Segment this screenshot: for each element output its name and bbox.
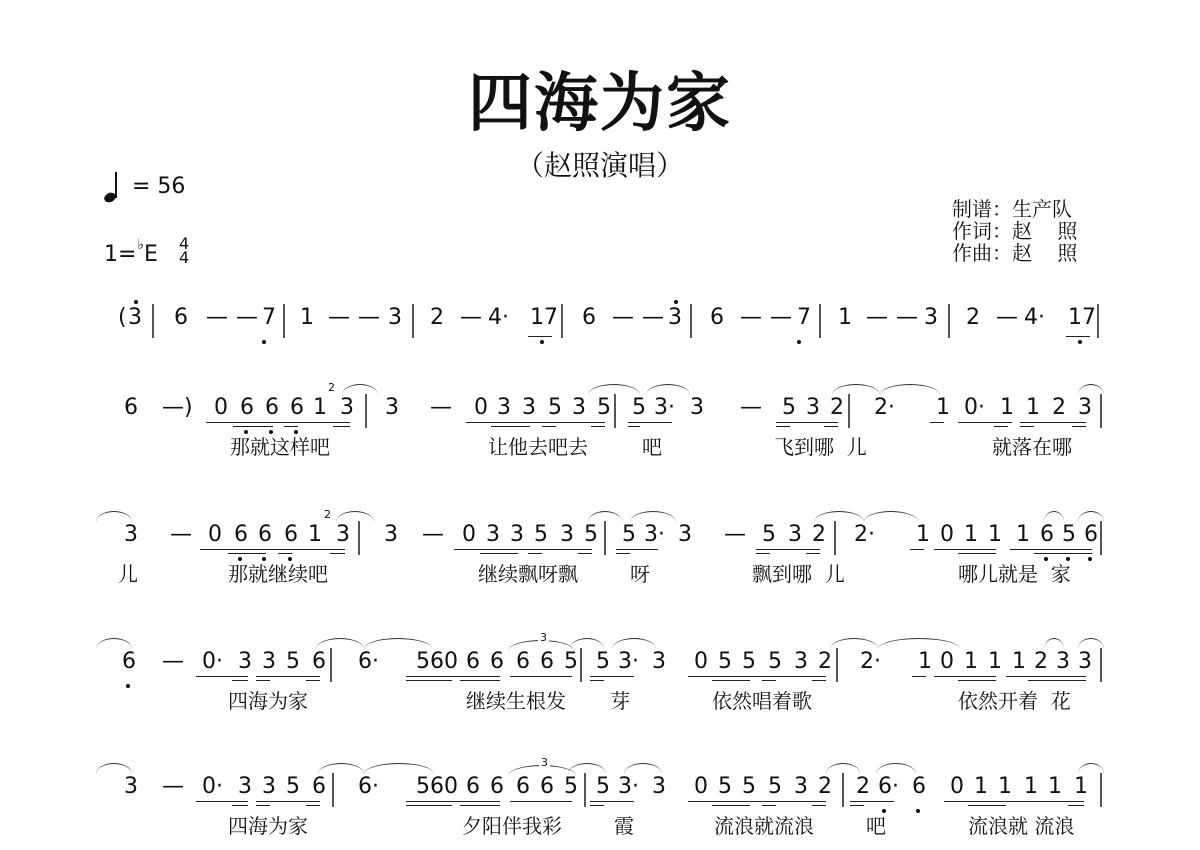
bar-line [365, 394, 367, 428]
note-token: 3 [262, 773, 276, 801]
note-token: 1 [988, 648, 1002, 676]
beam-underline [616, 553, 630, 554]
note-token: 6 [912, 773, 926, 801]
beam-underline [776, 426, 790, 427]
slur-arc [646, 384, 690, 395]
lyric-text: 继续飘呀飘 [478, 561, 578, 587]
slur-arc [570, 638, 604, 649]
lyric-text: 就落在哪 [992, 434, 1072, 460]
beam-underline [912, 676, 926, 677]
bar-line [412, 304, 414, 338]
beam-underline [196, 676, 248, 677]
note-token: 6 [240, 394, 254, 422]
note-token: 2· [854, 521, 875, 549]
beam-underline [1066, 336, 1090, 337]
beam-underline [528, 553, 542, 554]
slur-arc [830, 638, 878, 649]
beam-underline [930, 422, 944, 423]
beam-underline [590, 680, 604, 681]
slur-arc [96, 511, 132, 522]
note-token: 0 [940, 648, 954, 676]
note-token: 2 [1034, 648, 1048, 676]
note-token: 5 [597, 394, 611, 422]
credit-lyricist: 作词：赵 照 [952, 220, 1077, 242]
beam-underline [712, 680, 750, 681]
beam-underline [1028, 680, 1086, 681]
note-token: 6 [1084, 521, 1098, 549]
note-token: 3 [385, 394, 399, 422]
slur-arc [1078, 384, 1104, 395]
beam-underline [578, 553, 592, 554]
bar-line [580, 648, 582, 682]
note-token: 6 [174, 304, 188, 332]
note-token: 2 [856, 773, 870, 801]
slur-arc [96, 638, 132, 649]
slur-arc [1078, 638, 1104, 649]
beam-underline [944, 801, 1084, 802]
quarter-note-icon [104, 172, 118, 202]
beam-underline [510, 676, 572, 677]
beam-underline [812, 680, 826, 681]
note-token: 0 [694, 648, 708, 676]
bar-line [604, 521, 606, 555]
slur-arc [612, 638, 656, 649]
note-token: 3 [522, 394, 536, 422]
beam-underline [306, 805, 320, 806]
note-token: 560 [416, 648, 458, 676]
slur-arc [1044, 638, 1064, 649]
tempo-value: = 56 [132, 174, 185, 199]
note-token: 1 [313, 394, 327, 422]
note-token: — [896, 304, 918, 332]
beam-underline [200, 549, 345, 550]
lyric-text: 芽 [610, 688, 630, 714]
note-token: — [996, 304, 1018, 332]
note-token: 3 [572, 394, 586, 422]
beam-underline [278, 553, 292, 554]
lyric-text: 飞到哪 儿 [774, 434, 867, 460]
slur-arc [588, 384, 640, 395]
note-token: 6· [358, 648, 379, 676]
bar-line [842, 773, 844, 807]
note-token: — [170, 521, 192, 549]
octave-dot-above [134, 300, 138, 304]
note-token: 3 [668, 304, 682, 332]
beam-underline [466, 422, 605, 423]
time-bottom: 4 [179, 251, 189, 265]
note-token: 6 [122, 648, 136, 676]
note-token: 6 [124, 394, 138, 422]
note-token: — [642, 304, 664, 332]
bar-line [1100, 394, 1102, 428]
note-token: 3 [486, 521, 500, 549]
octave-dot-below [916, 809, 920, 813]
beam-underline [206, 422, 350, 423]
note-token: 1 [308, 521, 322, 549]
note-token: 1 [916, 521, 930, 549]
note-token: 3 [788, 521, 802, 549]
grace-note: 2 [324, 509, 331, 521]
note-token: 3 [560, 521, 574, 549]
note-token: — [206, 304, 228, 332]
note-token: 2 [830, 394, 844, 422]
key-signature: 1=♭E 4 4 [104, 238, 189, 274]
beam-underline [712, 805, 750, 806]
note-token: 2 [430, 304, 444, 332]
beam-underline [934, 549, 996, 550]
note-token: 6 [312, 773, 326, 801]
note-token: 6 [312, 648, 326, 676]
note-token: 2 [1052, 394, 1066, 422]
slur-arc [630, 511, 676, 522]
note-token: 1 [1000, 394, 1014, 422]
note-token: 2· [860, 648, 881, 676]
octave-dot-below [126, 684, 130, 688]
grace-note: 2 [328, 382, 335, 394]
beam-underline [1010, 549, 1092, 550]
note-token: 5 [742, 648, 756, 676]
beam-underline [491, 426, 530, 427]
bar-line [283, 304, 285, 338]
note-token: 3 [794, 773, 808, 801]
note-token: 0· [202, 773, 223, 801]
note-token: ( [118, 304, 127, 332]
lyric-text: 依然唱着歌 [712, 688, 812, 714]
beam-underline [958, 553, 996, 554]
beam-underline [306, 680, 320, 681]
note-token: 1 [1024, 773, 1038, 801]
note-token: 5 [718, 773, 732, 801]
note-token: — [724, 521, 746, 549]
note-token: 5 [782, 394, 796, 422]
lyric-text: 让他去吧去 [488, 434, 588, 460]
beam-underline [968, 805, 1006, 806]
note-token: —) [162, 394, 193, 422]
beam-underline [591, 426, 605, 427]
note-token: 3 [124, 521, 138, 549]
lyric-text: 飘到哪 儿 [752, 561, 845, 587]
note-token: 6 [490, 773, 504, 801]
beam-underline [806, 553, 820, 554]
lyric-text: 呀 [630, 561, 650, 587]
note-token: — [770, 304, 792, 332]
slur-arc [878, 638, 960, 649]
note-token: 1 [1074, 773, 1088, 801]
note-token: 1 [300, 304, 314, 332]
note-token: 3 [1078, 394, 1092, 422]
note-token: 560 [416, 773, 458, 801]
beam-underline [233, 426, 273, 427]
beam-underline [330, 553, 345, 554]
note-token: 0· [964, 394, 985, 422]
beam-underline [1020, 422, 1086, 423]
note-token: 5 [1062, 521, 1076, 549]
note-token: 2· [874, 394, 895, 422]
note-token: 1 [936, 394, 950, 422]
beam-underline [590, 805, 604, 806]
note-token: 3 [238, 648, 252, 676]
beam-underline [406, 801, 500, 802]
beam-underline [228, 553, 266, 554]
beam-underline [590, 676, 634, 677]
note-token: 3 [924, 304, 938, 332]
note-token: 4· [488, 304, 509, 332]
note-token: 17 [1068, 304, 1096, 332]
bar-line [358, 521, 360, 555]
note-token: 0· [202, 648, 223, 676]
note-token: 5 [548, 394, 562, 422]
slur-arc [832, 384, 880, 395]
note-token: 5 [768, 648, 782, 676]
beam-underline [812, 805, 826, 806]
lyric-text: 四海为家 [228, 688, 308, 714]
lyric-text: 那就继续吧 [228, 561, 328, 587]
note-token: 6 [540, 648, 554, 676]
note-token: 3 [238, 773, 252, 801]
lyric-text: 继续生根发 [466, 688, 566, 714]
note-token: 5 [718, 648, 732, 676]
note-token: 5 [742, 773, 756, 801]
note-token: — [460, 304, 482, 332]
note-token: 5 [768, 773, 782, 801]
note-token: 3 [336, 521, 350, 549]
slur-arc [1078, 763, 1104, 774]
lyric-text: 夕阳伴我彩 [462, 813, 562, 839]
bar-line [690, 304, 692, 338]
note-token: — [430, 394, 452, 422]
note-token: 3 [652, 648, 666, 676]
note-token: 3 [340, 394, 354, 422]
beam-underline [454, 549, 592, 550]
slur-arc [316, 638, 364, 649]
lyric-text: 依然开着 花 [958, 688, 1071, 714]
lyric-text: 流浪就 流浪 [968, 813, 1074, 839]
slur-arc [318, 763, 364, 774]
beam-underline [590, 801, 634, 802]
note-token: 6 [490, 648, 504, 676]
note-token: 1 [964, 521, 978, 549]
note-token: 3 [124, 773, 138, 801]
beam-underline [284, 426, 298, 427]
note-token: 7 [797, 304, 811, 332]
note-token: 2 [966, 304, 980, 332]
note-token: 5 [632, 394, 646, 422]
note-token: — [612, 304, 634, 332]
beam-underline [232, 805, 248, 806]
slur-arc [1078, 511, 1104, 522]
octave-dot-below [1088, 557, 1092, 561]
octave-dot-below [1078, 340, 1082, 344]
note-token: 1 [1016, 521, 1030, 549]
note-token: — [740, 304, 762, 332]
beam-underline [406, 680, 452, 681]
note-token: 1 [964, 648, 978, 676]
lyric-text: 四海为家 [228, 813, 308, 839]
bar-line [1100, 648, 1102, 682]
lyric-text: 霞 [614, 813, 634, 839]
note-token: 3· [654, 394, 675, 422]
lyric-text: 吧 [866, 813, 886, 839]
bar-line [834, 521, 836, 555]
note-token: 6 [710, 304, 724, 332]
triplet-number: 3 [539, 757, 550, 769]
slur-arc [814, 511, 864, 522]
beam-underline [850, 801, 894, 802]
slur-arc [880, 384, 940, 395]
beam-underline [776, 422, 838, 423]
beam-underline [256, 676, 320, 677]
slur-arc [624, 763, 662, 774]
beam-underline [958, 680, 996, 681]
note-token: — [866, 304, 888, 332]
note-token: 5 [762, 521, 776, 549]
slur-arc [864, 511, 918, 522]
beam-underline [460, 680, 500, 681]
beam-underline [1034, 553, 1092, 554]
note-token: 3 [262, 648, 276, 676]
note-token: 6 [540, 773, 554, 801]
note-token: 17 [530, 304, 558, 332]
note-token: 5 [564, 648, 578, 676]
note-token: 1 [998, 773, 1012, 801]
slur-arc [336, 511, 374, 522]
note-token: 6 [1040, 521, 1054, 549]
note-token: 1 [988, 521, 1002, 549]
note-token: 3 [652, 773, 666, 801]
note-token: 1 [974, 773, 988, 801]
slur-arc [364, 763, 434, 774]
beam-underline [756, 553, 770, 554]
bar-line [584, 773, 586, 807]
slur-arc [96, 763, 132, 774]
note-token: 5 [584, 521, 598, 549]
note-token: 0 [940, 521, 954, 549]
note-token: 3 [1078, 648, 1092, 676]
bar-line [819, 304, 821, 338]
slur-arc [826, 763, 860, 774]
beam-underline [994, 426, 1008, 427]
bar-line [614, 394, 616, 428]
beam-underline [480, 553, 518, 554]
note-token: 3 [128, 304, 142, 332]
note-token: — [422, 521, 444, 549]
note-token: 2 [812, 521, 826, 549]
note-token: 3 [510, 521, 524, 549]
note-token: — [162, 773, 184, 801]
note-token: 1 [1026, 394, 1040, 422]
beam-underline [1072, 426, 1086, 427]
beam-underline [824, 426, 838, 427]
note-token: 3· [618, 773, 639, 801]
note-token: 6 [265, 394, 279, 422]
bar-line [330, 648, 332, 682]
octave-dot-below [797, 340, 801, 344]
note-token: 1 [1048, 773, 1062, 801]
beam-underline [756, 549, 820, 550]
beam-underline [196, 801, 248, 802]
slur-arc [588, 511, 622, 522]
note-token: 1 [1012, 648, 1026, 676]
note-token: 7 [262, 304, 276, 332]
note-token: 3 [806, 394, 820, 422]
bar-line [836, 648, 838, 682]
beam-underline [406, 805, 452, 806]
note-token: — [740, 394, 762, 422]
octave-dot-above [674, 300, 678, 304]
note-token: 6 [290, 394, 304, 422]
note-token: 6 [466, 773, 480, 801]
beam-underline [1068, 805, 1084, 806]
slur-arc [364, 638, 432, 649]
note-token: 0 [214, 394, 228, 422]
bar-line [561, 304, 563, 338]
lyric-text: 流浪就流浪 [714, 813, 814, 839]
slur-arc [342, 384, 378, 395]
note-token: 0 [208, 521, 222, 549]
note-token: 3 [690, 394, 704, 422]
lyric-text: 儿 [118, 561, 138, 587]
beam-underline [628, 426, 640, 427]
note-token: 6 [258, 521, 272, 549]
note-token: 1 [838, 304, 852, 332]
beam-underline [460, 805, 500, 806]
bar-line [1100, 521, 1102, 555]
bar-line [1097, 304, 1099, 338]
slur-arc [876, 763, 916, 774]
note-token: 4· [1024, 304, 1045, 332]
note-token: 3 [384, 521, 398, 549]
key-note: E [144, 242, 158, 267]
lyric-text: 哪儿就是 家 [958, 561, 1071, 587]
credit-composer: 作曲：赵 照 [952, 242, 1077, 264]
beam-underline [688, 676, 826, 677]
bar-line [1100, 773, 1102, 807]
slur-arc [1044, 511, 1064, 522]
note-token: 6 [516, 773, 530, 801]
beam-underline [688, 801, 826, 802]
note-token: — [328, 304, 350, 332]
note-token: 5 [622, 521, 636, 549]
note-token: — [236, 304, 258, 332]
beam-underline [256, 801, 320, 802]
bar-line [948, 304, 950, 338]
bar-line [152, 304, 154, 338]
note-token: 5 [286, 773, 300, 801]
note-token: 6 [582, 304, 596, 332]
note-token: 3 [388, 304, 402, 332]
beam-underline [958, 422, 1012, 423]
note-token: 6 [234, 521, 248, 549]
note-token: 2 [818, 773, 832, 801]
note-token: 6· [358, 773, 379, 801]
beam-underline [528, 336, 552, 337]
tempo-marking: = 56 [104, 170, 185, 204]
bar-line [332, 773, 334, 807]
beam-underline [256, 805, 270, 806]
credits: 制谱：生产队 作词：赵 照 作曲：赵 照 [952, 198, 1077, 264]
key-prefix: 1= [104, 242, 136, 267]
note-token: 6 [466, 648, 480, 676]
beam-underline [628, 422, 672, 423]
lyric-text: 吧 [642, 434, 662, 460]
note-token: 3 [1056, 648, 1070, 676]
note-token: 3· [644, 521, 665, 549]
beam-underline [232, 680, 248, 681]
note-token: 0 [474, 394, 488, 422]
beam-underline [850, 805, 864, 806]
note-token: 5 [596, 648, 610, 676]
beam-underline [934, 676, 996, 677]
